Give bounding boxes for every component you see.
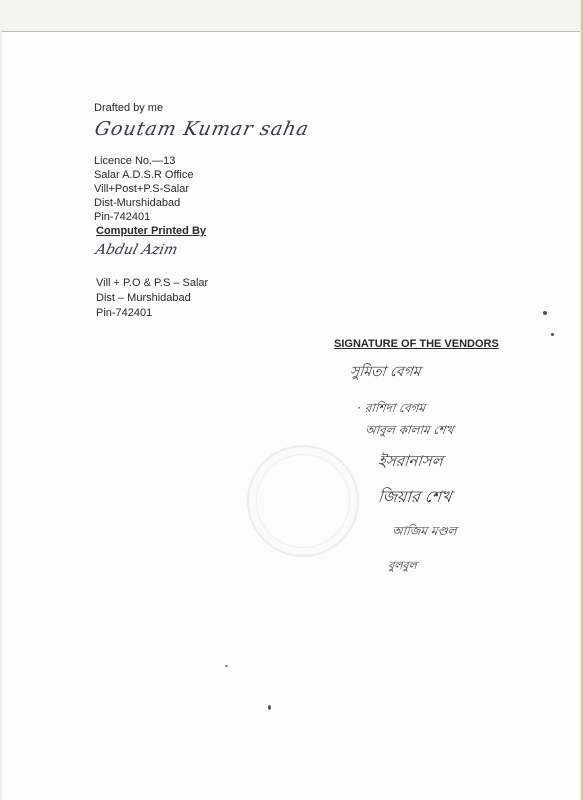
printer-heading: Computer Printed By [96,224,206,238]
drafter-heading: Drafted by me [94,101,163,115]
drafter-licence: Licence No.—13 [94,154,193,168]
scan-top-fold [0,0,583,32]
faded-stamp [247,445,359,557]
drafter-signature: Goutam Kumar saha [93,118,312,140]
scan-left-edge [0,31,2,800]
printer-village: Vill + P.O & P.S – Salar [96,276,208,291]
vendors-heading-text: SIGNATURE OF THE VENDORS [334,338,499,350]
drafter-details: Licence No.—13 Salar A.D.S.R Office Vill… [94,154,193,224]
drafter-office: Salar A.D.S.R Office [94,168,193,182]
drafter-village: Vill+Post+P.S-Salar [94,182,193,196]
scan-speck [543,311,547,315]
vendor-signature-5: জিয়ার শেখ [377,484,453,511]
vendor-signature-2: · রাশিদা বেগম [356,400,426,420]
vendor-signature-1: সুমিতা বেগম [349,360,422,384]
scan-speck [225,665,228,667]
vendors-heading: SIGNATURE OF THE VENDORS [334,337,499,351]
vendor-signature-7: বুলবুল [387,557,418,576]
printer-details: Vill + P.O & P.S – Salar Dist – Murshida… [96,276,208,321]
document-page: Drafted by me Goutam Kumar saha Licence … [0,0,583,800]
drafter-heading-text: Drafted by me [94,102,163,114]
drafter-district: Dist-Murshidabad [94,196,193,210]
printer-signature: Abdul Azim [94,242,179,258]
drafter-pin: Pin-742401 [94,210,193,224]
scan-speck [551,333,554,336]
printer-pin: Pin-742401 [96,306,208,321]
vendor-signature-4: ইসরানাসল [377,450,444,475]
printer-district: Dist – Murshidabad [96,291,208,306]
vendor-signature-6: আজিম মণ্ডল [391,523,458,543]
printer-heading-text: Computer Printed By [96,225,206,237]
scan-speck [268,705,271,710]
vendor-signature-3: আবুল কালাম শেখ [364,422,454,442]
